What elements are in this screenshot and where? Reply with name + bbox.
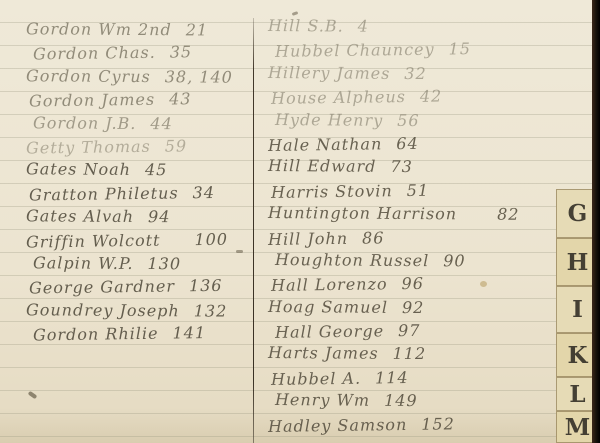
entry-name: Huntington Harrison [268, 204, 457, 224]
index-entry: Gordon Wm 2nd 21 [26, 15, 246, 40]
entry-page-number: 94 [148, 208, 170, 227]
index-entry: Gordon Chas. 35 [33, 38, 246, 64]
index-entry: Hall Lorenzo 96 [271, 268, 546, 295]
index-entry: Hoag Samuel 92 [268, 293, 546, 318]
index-entry: Hill S.B. 4 [268, 12, 546, 37]
entry-page-number: 97 [398, 321, 421, 340]
index-entry: Hill John 86 [268, 222, 546, 249]
entry-page-number: 45 [145, 161, 167, 180]
entry-page-number: 34 [192, 183, 215, 202]
index-tab: G [556, 189, 592, 238]
entry-name: Griffin Wolcott [26, 231, 161, 252]
index-entry: Hall George 97 [275, 315, 546, 342]
entry-page-number: 51 [407, 181, 430, 200]
entry-name: Gordon James [29, 90, 155, 111]
entry-page-number: 92 [402, 298, 424, 317]
entry-name: Galpin W.P. [33, 254, 134, 274]
entry-name: Hadley Samson [268, 415, 408, 436]
index-entry: Getty Thomas 59 [26, 131, 246, 157]
index-entry: Hadley Samson 152 [268, 409, 546, 436]
index-entry: Gordon James 43 [29, 85, 246, 111]
index-entry: Harris Stovin 51 [271, 175, 546, 202]
tab-letter: M [565, 414, 590, 441]
index-entry: Harts James 112 [268, 339, 546, 364]
entry-name: Hyde Henry [275, 110, 383, 130]
index-entry: Hillery James 32 [268, 59, 546, 84]
index-entry: Gordon Cyrus 38, 140 [26, 62, 246, 87]
tab-letter: H [567, 249, 589, 276]
entry-name: Goundrey Joseph [26, 300, 180, 320]
entry-page-number: 42 [420, 87, 443, 106]
entry-page-number: 35 [170, 43, 193, 62]
entry-page-number: 64 [396, 134, 419, 153]
tab-letter: G [568, 200, 588, 227]
index-entry: Gordon Rhilie 141 [33, 319, 246, 345]
entry-page-number: 132 [194, 301, 228, 320]
entry-name: Gordon Chas. [33, 44, 156, 65]
index-entry: Griffin Wolcott 100 [26, 225, 246, 251]
entry-page-number: 130 [147, 254, 181, 273]
entry-name: Gates Noah [26, 160, 131, 180]
index-tab: I [556, 286, 592, 333]
index-entry: Goundrey Joseph 132 [26, 296, 246, 321]
entry-page-number: 56 [397, 111, 419, 130]
index-entry: George Gardner 136 [29, 272, 246, 298]
entry-page-number: 15 [448, 40, 471, 59]
entry-page-number: 43 [169, 90, 192, 109]
entry-page-number: 73 [390, 158, 412, 177]
entry-page-number: 152 [421, 414, 455, 433]
entry-name: Hillery James [268, 63, 390, 83]
index-tab: L [556, 377, 592, 411]
index-entry: Gates Alvah 94 [26, 202, 246, 227]
entry-page-number: 4 [358, 17, 369, 36]
index-entry: House Alpheus 42 [271, 81, 546, 108]
entry-page-number: 90 [443, 252, 465, 271]
index-column-right: Hill S.B. 4 Hubbel Chauncey 15 Hillery J… [268, 13, 546, 434]
index-tab: H [556, 238, 592, 286]
index-entry: Hubbel A. 114 [271, 362, 546, 389]
entry-name: Hoag Samuel [268, 297, 388, 317]
index-entry: Hale Nathan 64 [268, 128, 546, 155]
entry-page-number: 112 [393, 345, 427, 364]
entry-page-number: 32 [404, 64, 426, 83]
index-entry: Hubbel Chauncey 15 [275, 34, 546, 61]
entry-page-number: 21 [186, 21, 208, 40]
entry-name: Gordon Wm 2nd [26, 20, 172, 40]
index-entry: Hill Edward 73 [268, 152, 546, 177]
entry-name: Hill S.B. [268, 16, 344, 36]
entry-name: Houghton Russel [275, 250, 429, 270]
ledger-scan: Gordon Wm 2nd 21 Gordon Chas. 35 Gordon … [0, 0, 600, 443]
index-entry: Gates Noah 45 [26, 156, 246, 181]
index-entry: Gordon J.B. 44 [33, 109, 246, 134]
tab-letter: I [572, 296, 583, 323]
book-edge-shadow [592, 0, 600, 443]
entry-page-number: 114 [375, 368, 409, 387]
entry-name: Hill Edward [268, 157, 377, 177]
index-tab: K [556, 333, 592, 377]
entry-page-number: 149 [384, 391, 418, 410]
entry-page-number: 86 [362, 228, 385, 247]
index-column-left: Gordon Wm 2nd 21 Gordon Chas. 35 Gordon … [26, 16, 246, 343]
entry-page-number: 96 [401, 274, 424, 293]
entry-name: Henry Wm [275, 391, 370, 411]
index-tab: M [556, 411, 592, 443]
tab-letter: L [569, 381, 585, 408]
index-entry: Huntington Harrison 82 [268, 199, 546, 224]
tab-letter: K [568, 342, 588, 369]
column-margin-rule [253, 18, 254, 443]
pencil-mark [28, 391, 38, 399]
entry-name: George Gardner [29, 277, 175, 298]
entry-page-number: 82 [497, 205, 519, 224]
entry-page-number: 141 [172, 324, 206, 343]
index-entry: Henry Wm 149 [275, 386, 546, 411]
entry-page-number: 44 [150, 114, 172, 133]
entry-name: Gordon J.B. [33, 113, 137, 133]
entry-name: Harts James [268, 344, 379, 364]
index-entry: Houghton Russel 90 [275, 246, 546, 271]
alphabet-tab-column: G H I K L M [556, 189, 592, 443]
index-entry: Hyde Henry 56 [275, 106, 546, 131]
index-entry: Gratton Philetus 34 [29, 178, 246, 204]
entry-page-number: 100 [194, 230, 228, 249]
index-entry: Galpin W.P. 130 [33, 249, 246, 274]
entry-page-number: 59 [165, 137, 188, 156]
entry-name: Gordon Cyrus [26, 66, 151, 86]
entry-name: Gordon Rhilie [33, 324, 159, 345]
entry-name: Gates Alvah [26, 207, 134, 227]
entry-page-number: 136 [189, 277, 223, 296]
